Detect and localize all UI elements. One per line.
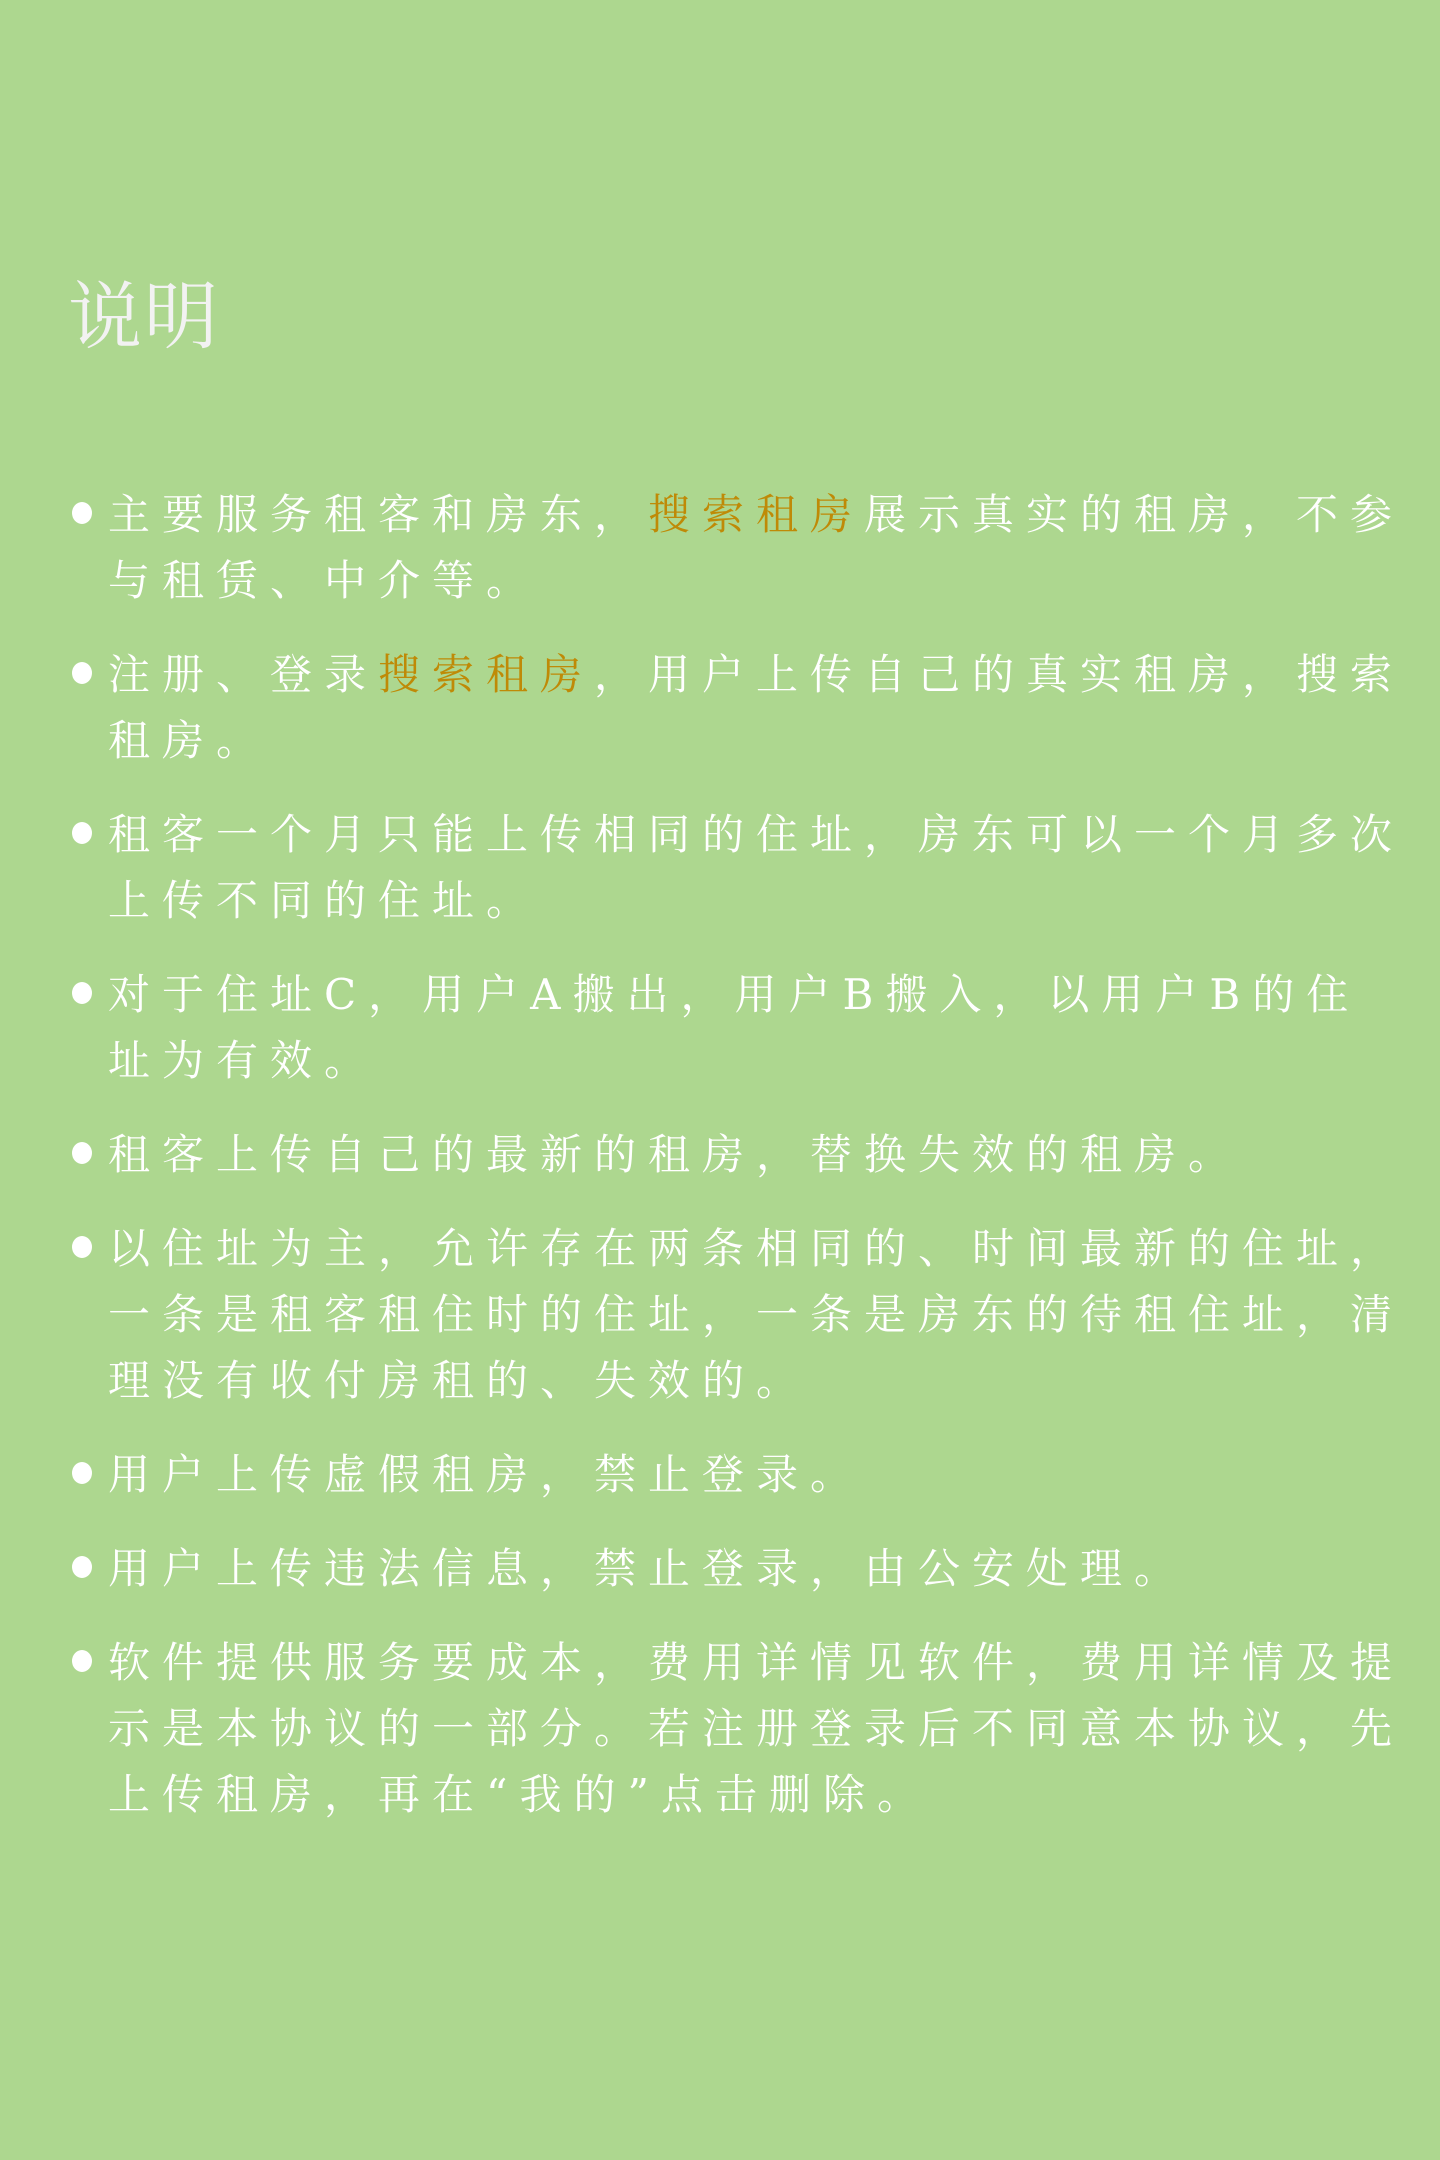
bullet-icon xyxy=(72,982,92,1004)
item-text: 用户上传虚假租房，禁止登录。 xyxy=(108,1450,864,1499)
list-item: 用户上传违法信息，禁止登录，由公安处理。 xyxy=(68,1536,1408,1602)
bullet-icon xyxy=(72,662,92,684)
item-text: 对于住址C，用户A搬出，用户B搬入，以用户B的住址为有效。 xyxy=(108,970,1360,1085)
list-item: 注册、登录搜索租房，用户上传自己的真实租房，搜索租房。 xyxy=(68,642,1408,774)
bullet-icon xyxy=(72,1236,92,1258)
item-text: 主要服务租客和房东， xyxy=(108,490,648,539)
bullet-icon xyxy=(72,502,92,524)
item-text: 租客上传自己的最新的租房，替换失效的租房。 xyxy=(108,1130,1242,1179)
bullet-icon xyxy=(72,1650,92,1672)
list-item: 主要服务租客和房东，搜索租房展示真实的租房，不参与租赁、中介等。 xyxy=(68,482,1408,614)
bullet-icon xyxy=(72,822,92,844)
bullet-icon xyxy=(72,1462,92,1484)
bullet-icon xyxy=(72,1556,92,1578)
item-text: 以住址为主，允许存在两条相同的、时间最新的住址，一条是租客租住时的住址，一条是房… xyxy=(108,1224,1404,1405)
item-text: 软件提供服务要成本，费用详情见软件，费用详情及提示是本协议的一部分。若注册登录后… xyxy=(108,1638,1404,1819)
list-item: 租客一个月只能上传相同的住址，房东可以一个月多次上传不同的住址。 xyxy=(68,802,1408,934)
list-item: 以住址为主，允许存在两条相同的、时间最新的住址，一条是租客租住时的住址，一条是房… xyxy=(68,1216,1408,1414)
terms-list: 主要服务租客和房东，搜索租房展示真实的租房，不参与租赁、中介等。 注册、登录搜索… xyxy=(68,482,1408,1856)
search-rental-link[interactable]: 搜索租房 xyxy=(648,490,864,539)
search-rental-link[interactable]: 搜索租房 xyxy=(378,650,594,699)
list-item: 用户上传虚假租房，禁止登录。 xyxy=(68,1442,1408,1508)
list-item: 软件提供服务要成本，费用详情见软件，费用详情及提示是本协议的一部分。若注册登录后… xyxy=(68,1630,1408,1828)
bullet-icon xyxy=(72,1142,92,1164)
page-title: 说明 xyxy=(68,258,220,364)
item-text: 租客一个月只能上传相同的住址，房东可以一个月多次上传不同的住址。 xyxy=(108,810,1404,925)
item-text: 注册、登录 xyxy=(108,650,378,699)
list-item: 租客上传自己的最新的租房，替换失效的租房。 xyxy=(68,1122,1408,1188)
list-item: 对于住址C，用户A搬出，用户B搬入，以用户B的住址为有效。 xyxy=(68,962,1408,1094)
item-text: 用户上传违法信息，禁止登录，由公安处理。 xyxy=(108,1544,1188,1593)
